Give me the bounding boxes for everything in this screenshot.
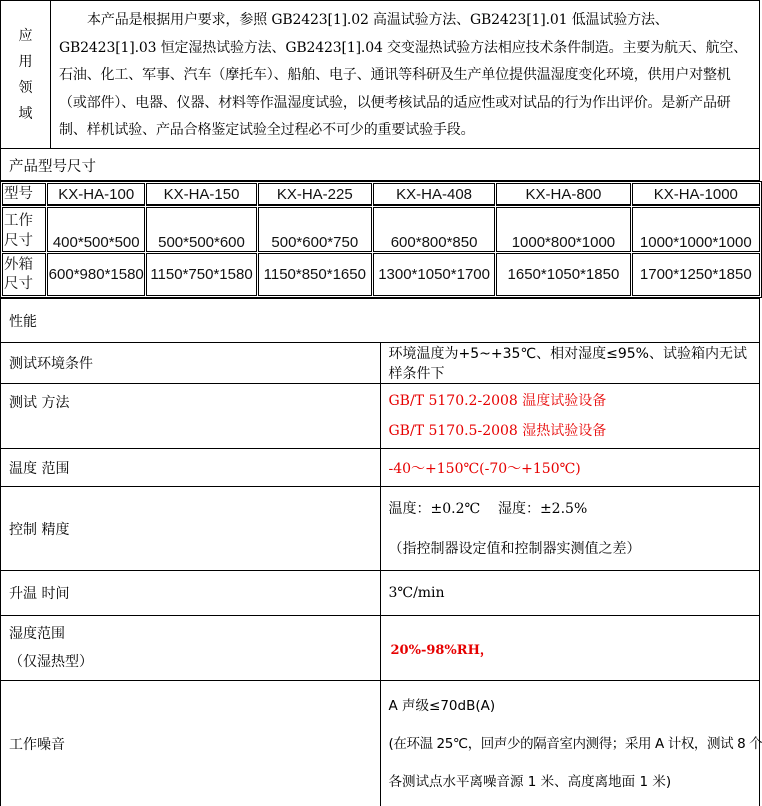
table-row-model: 型号 KX-HA-100 KX-HA-150 KX-HA-225 KX-HA-4… — [2, 183, 760, 206]
perf-value: 3℃/min — [380, 571, 760, 616]
size-cell: 400*500*500 — [47, 207, 145, 252]
humidity-label-note: （仅湿热型） — [9, 648, 380, 676]
size-cell: 600*980*1580 — [47, 253, 145, 296]
row-label: 型号 — [2, 183, 46, 206]
humidity-label: 湿度范围 — [9, 620, 380, 648]
table-row: 控制 精度 温度：±0.2℃ 湿度：±2.5% （指控制器设定值和控制器实测值之… — [1, 487, 760, 571]
table-row-outer-size: 外箱尺寸 600*980*1580 1150*750*1580 1150*850… — [2, 253, 760, 296]
label-char: 领 — [19, 75, 33, 101]
size-cell: 500*500*600 — [146, 207, 256, 252]
size-cell: 600*800*850 — [373, 207, 495, 252]
size-cell: 500*600*750 — [258, 207, 372, 252]
model-cell: KX-HA-150 — [146, 183, 256, 206]
performance-title-row: 性能 — [1, 299, 760, 343]
row-label: 外箱尺寸 — [2, 253, 46, 296]
performance-table: 性能 测试环境条件 环境温度为+5~+35℃、相对湿度≤95%、试验箱内无试样条… — [0, 298, 760, 806]
noise-note: (在环温 25℃，回声少的隔音室内测得；采用 A 计权，测试 8 个点的平均值； — [389, 725, 760, 763]
size-cell: 1150*850*1650 — [258, 253, 372, 296]
table-row: 升温 时间 3℃/min — [1, 571, 760, 616]
accuracy-note: （指控制器设定值和控制器实测值之差） — [389, 529, 760, 569]
perf-value: A 声级≤70dB(A) (在环温 25℃，回声少的隔音室内测得；采用 A 计权… — [380, 681, 760, 806]
size-section-title: 产品型号尺寸 — [0, 149, 760, 181]
label-char: 应 — [19, 23, 33, 49]
model-cell: KX-HA-225 — [258, 183, 372, 206]
perf-label: 测试 方法 — [1, 384, 381, 449]
size-cell: 1300*1050*1700 — [373, 253, 495, 296]
model-cell: KX-HA-1000 — [632, 183, 760, 206]
size-cell: 1000*1000*1000 — [632, 207, 760, 252]
performance-title: 性能 — [1, 299, 760, 343]
size-cell: 1000*800*1000 — [496, 207, 630, 252]
perf-value: 20%-98%RH， — [380, 616, 760, 681]
perf-label: 工作噪音 — [1, 681, 381, 806]
perf-label: 升温 时间 — [1, 571, 381, 616]
table-row: 湿度范围 （仅湿热型） 20%-98%RH， — [1, 616, 760, 681]
application-paragraph: 本产品是根据用户要求，参照 GB2423[1].02 高温试验方法、GB2423… — [51, 1, 759, 148]
model-cell: KX-HA-800 — [496, 183, 630, 206]
noise-note: 各测试点水平离噪音源 1 米、高度离地面 1 米) — [389, 763, 760, 801]
application-area-section: 应 用 领 域 本产品是根据用户要求，参照 GB2423[1].02 高温试验方… — [0, 0, 760, 149]
table-row: 测试环境条件 环境温度为+5~+35℃、相对湿度≤95%、试验箱内无试样条件下 — [1, 343, 760, 384]
accuracy-line: 温度：±0.2℃ 湿度：±2.5% — [389, 489, 760, 529]
table-row-work-size: 工作尺寸 400*500*500 500*500*600 500*600*750… — [2, 207, 760, 252]
label-char: 用 — [19, 49, 33, 75]
model-cell: KX-HA-100 — [47, 183, 145, 206]
row-label: 工作尺寸 — [2, 207, 46, 252]
model-size-table: 型号 KX-HA-100 KX-HA-150 KX-HA-225 KX-HA-4… — [0, 181, 762, 298]
application-area-label: 应 用 领 域 — [1, 1, 51, 148]
standard-line: GB/T 5170.5-2008 湿热试验设备 — [389, 416, 760, 446]
perf-label: 测试环境条件 — [1, 343, 381, 384]
perf-label: 湿度范围 （仅湿热型） — [1, 616, 381, 681]
perf-label: 控制 精度 — [1, 487, 381, 571]
table-row: 测试 方法 GB/T 5170.2-2008 温度试验设备 GB/T 5170.… — [1, 384, 760, 449]
perf-label: 温度 范围 — [1, 449, 381, 487]
size-cell: 1650*1050*1850 — [496, 253, 630, 296]
perf-value: 环境温度为+5~+35℃、相对湿度≤95%、试验箱内无试样条件下 — [380, 343, 760, 384]
size-cell: 1150*750*1580 — [146, 253, 256, 296]
size-cell: 1700*1250*1850 — [632, 253, 760, 296]
perf-value: 温度：±0.2℃ 湿度：±2.5% （指控制器设定值和控制器实测值之差） — [380, 487, 760, 571]
standard-line: GB/T 5170.2-2008 温度试验设备 — [389, 386, 760, 416]
noise-line: A 声级≤70dB(A) — [389, 687, 760, 725]
table-row: 温度 范围 -40～+150℃(-70～+150℃) — [1, 449, 760, 487]
model-cell: KX-HA-408 — [373, 183, 495, 206]
label-char: 域 — [19, 101, 33, 127]
table-row: 工作噪音 A 声级≤70dB(A) (在环温 25℃，回声少的隔音室内测得；采用… — [1, 681, 760, 806]
perf-value: GB/T 5170.2-2008 温度试验设备 GB/T 5170.5-2008… — [380, 384, 760, 449]
perf-value: -40～+150℃(-70～+150℃) — [380, 449, 760, 487]
